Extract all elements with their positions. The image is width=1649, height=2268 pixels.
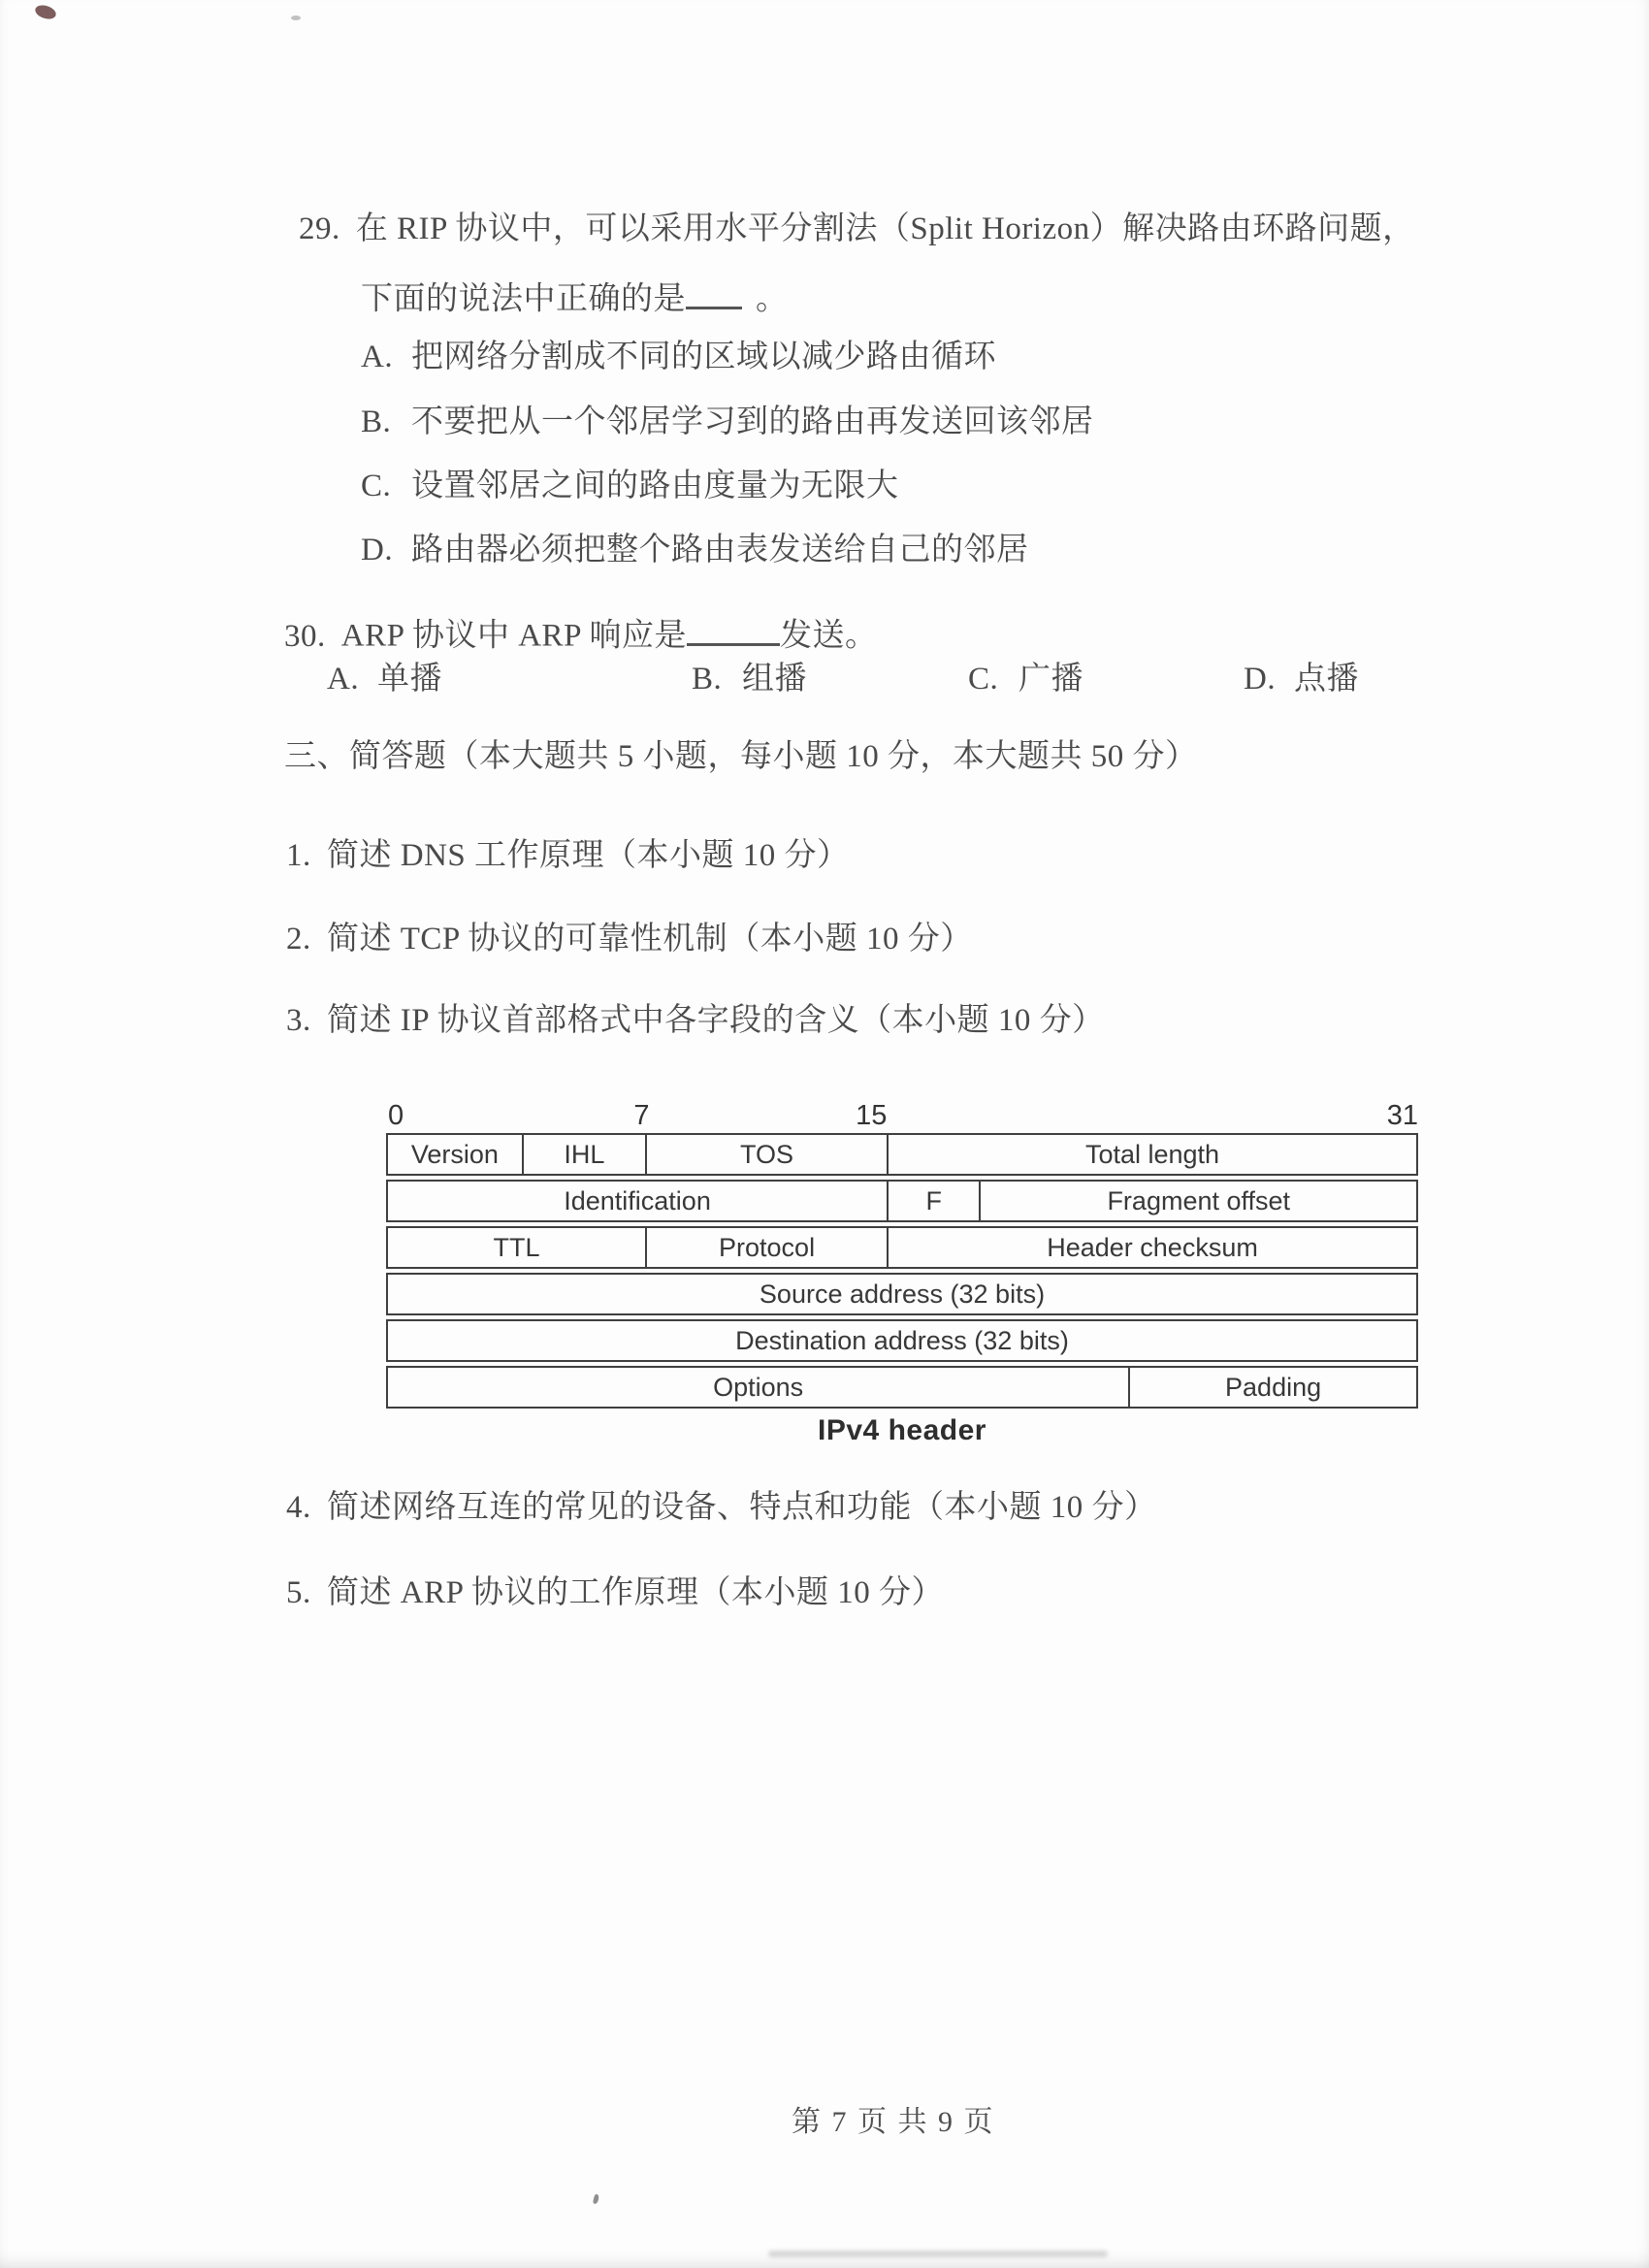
option-label: A. xyxy=(327,662,377,698)
option-text: 路由器必须把整个路由表发送给自己的邻居 xyxy=(411,533,1029,567)
ipv4-field-row: OptionsPadding xyxy=(386,1366,1418,1409)
option-text: 设置邻居之间的路由度量为无限大 xyxy=(411,469,899,503)
short-answer-item-3: 3.简述 IP 协议首部格式中各字段的含义（本小题 10 分） xyxy=(286,1003,1105,1040)
option-text: 不要把从一个邻居学习到的路由再发送回该邻居 xyxy=(411,405,1094,439)
item-number: 5. xyxy=(286,1575,327,1612)
ipv4-field-cell: Protocol xyxy=(645,1228,887,1267)
item-text: 简述网络互连的常见的设备、特点和功能（本小题 10 分） xyxy=(327,1490,1157,1525)
option-text: 点播 xyxy=(1294,662,1359,697)
ipv4-field-row: TTLProtocolHeader checksum xyxy=(386,1226,1418,1269)
ipv4-field-cell: Identification xyxy=(388,1182,887,1220)
question-30-option-a: A.单播 xyxy=(327,662,442,698)
diagram-caption: IPv4 header xyxy=(386,1414,1418,1447)
bit-label-0: 0 xyxy=(388,1100,404,1132)
option-text: 广播 xyxy=(1018,662,1083,697)
answer-blank xyxy=(686,277,742,309)
short-answer-item-5: 5.简述 ARP 协议的工作原理（本小题 10 分） xyxy=(286,1575,944,1612)
ipv4-field-cell: Version xyxy=(388,1135,522,1174)
scan-speck xyxy=(593,2194,599,2205)
short-answer-item-4: 4.简述网络互连的常见的设备、特点和功能（本小题 10 分） xyxy=(286,1490,1157,1527)
item-number: 4. xyxy=(286,1490,327,1527)
question-29-option-d: D.路由器必须把整个路由表发送给自己的邻居 xyxy=(361,533,1029,569)
ipv4-header-diagram: 0 7 15 31 VersionIHLTOSTotal lengthIdent… xyxy=(386,1100,1418,1447)
ipv4-field-cell: Options xyxy=(388,1368,1128,1407)
question-29-number: 29. xyxy=(299,211,340,248)
ipv4-field-row: VersionIHLTOSTotal length xyxy=(386,1133,1418,1176)
option-label: D. xyxy=(361,533,411,569)
question-29-option-a: A.把网络分割成不同的区域以减少路由循环 xyxy=(361,340,996,376)
question-30-text: ARP 协议中 ARP 响应是 xyxy=(341,619,687,654)
item-text: 简述 DNS 工作原理（本小题 10 分） xyxy=(327,838,850,873)
question-29-line2: 下面的说法中正确的是。 xyxy=(361,277,789,319)
scan-smudge xyxy=(768,2251,1108,2257)
question-30-option-d: D.点播 xyxy=(1244,662,1359,698)
scan-speck xyxy=(34,3,58,21)
ipv4-field-cell: IHL xyxy=(522,1135,645,1174)
ipv4-field-cell: F xyxy=(887,1182,979,1220)
ipv4-field-table: VersionIHLTOSTotal lengthIdentificationF… xyxy=(386,1133,1418,1409)
question-29-option-b: B.不要把从一个邻居学习到的路由再发送回该邻居 xyxy=(361,405,1094,441)
bit-scale: 0 7 15 31 xyxy=(386,1100,1418,1131)
exam-page: 29.在 RIP 协议中，可以采用水平分割法（Split Horizon）解决路… xyxy=(0,0,1649,2268)
question-30-option-b: B.组播 xyxy=(692,662,807,698)
option-label: D. xyxy=(1244,662,1294,698)
ipv4-field-cell: TOS xyxy=(645,1135,887,1174)
option-label: C. xyxy=(968,662,1018,698)
question-30-text-after: 发送。 xyxy=(780,619,878,654)
item-number: 3. xyxy=(286,1003,327,1040)
option-text: 组播 xyxy=(742,662,807,697)
question-29-line1: 29.在 RIP 协议中，可以采用水平分割法（Split Horizon）解决路… xyxy=(299,211,1415,248)
item-text: 简述 IP 协议首部格式中各字段的含义（本小题 10 分） xyxy=(327,1003,1105,1038)
ipv4-field-cell: Total length xyxy=(887,1135,1416,1174)
question-30-option-c: C.广播 xyxy=(968,662,1083,698)
option-label: A. xyxy=(361,340,411,376)
scan-speck xyxy=(291,16,301,20)
question-29-option-c: C.设置邻居之间的路由度量为无限大 xyxy=(361,469,899,505)
ipv4-field-cell: Source address (32 bits) xyxy=(388,1275,1416,1313)
section-3-heading: 三、简答题（本大题共 5 小题，每小题 10 分，本大题共 50 分） xyxy=(284,739,1198,776)
answer-blank xyxy=(687,614,780,646)
item-number: 1. xyxy=(286,838,327,875)
question-30-number: 30. xyxy=(284,619,326,656)
item-text: 简述 ARP 协议的工作原理（本小题 10 分） xyxy=(327,1575,944,1610)
ipv4-field-row: IdentificationFFragment offset xyxy=(386,1180,1418,1222)
item-text: 简述 TCP 协议的可靠性机制（本小题 10 分） xyxy=(327,922,973,956)
ipv4-field-row: Source address (32 bits) xyxy=(386,1273,1418,1315)
option-text: 把网络分割成不同的区域以减少路由循环 xyxy=(411,340,996,374)
ipv4-field-cell: Destination address (32 bits) xyxy=(388,1321,1416,1360)
question-30-line: 30.ARP 协议中 ARP 响应是发送。 xyxy=(284,614,877,656)
question-29-line2-text: 下面的说法中正确的是 xyxy=(361,282,686,317)
short-answer-item-2: 2.简述 TCP 协议的可靠性机制（本小题 10 分） xyxy=(286,922,973,958)
option-label: B. xyxy=(692,662,742,698)
option-text: 单播 xyxy=(377,662,442,697)
option-label: B. xyxy=(361,405,411,441)
ipv4-field-cell: Padding xyxy=(1128,1368,1416,1407)
bit-label-31: 31 xyxy=(1387,1100,1418,1132)
item-number: 2. xyxy=(286,922,327,958)
ipv4-field-cell: Header checksum xyxy=(887,1228,1416,1267)
page-footer: 第 7 页 共 9 页 xyxy=(792,2097,995,2140)
ipv4-field-cell: Fragment offset xyxy=(979,1182,1416,1220)
short-answer-item-1: 1.简述 DNS 工作原理（本小题 10 分） xyxy=(286,838,850,875)
ipv4-field-row: Destination address (32 bits) xyxy=(386,1319,1418,1362)
question-29-text: 在 RIP 协议中，可以采用水平分割法（Split Horizon）解决路由环路… xyxy=(356,211,1415,246)
question-29-line2-punct: 。 xyxy=(756,282,789,317)
ipv4-field-cell: TTL xyxy=(388,1228,645,1267)
bit-label-15: 15 xyxy=(856,1100,887,1132)
bit-label-7: 7 xyxy=(633,1100,649,1132)
option-label: C. xyxy=(361,469,411,505)
